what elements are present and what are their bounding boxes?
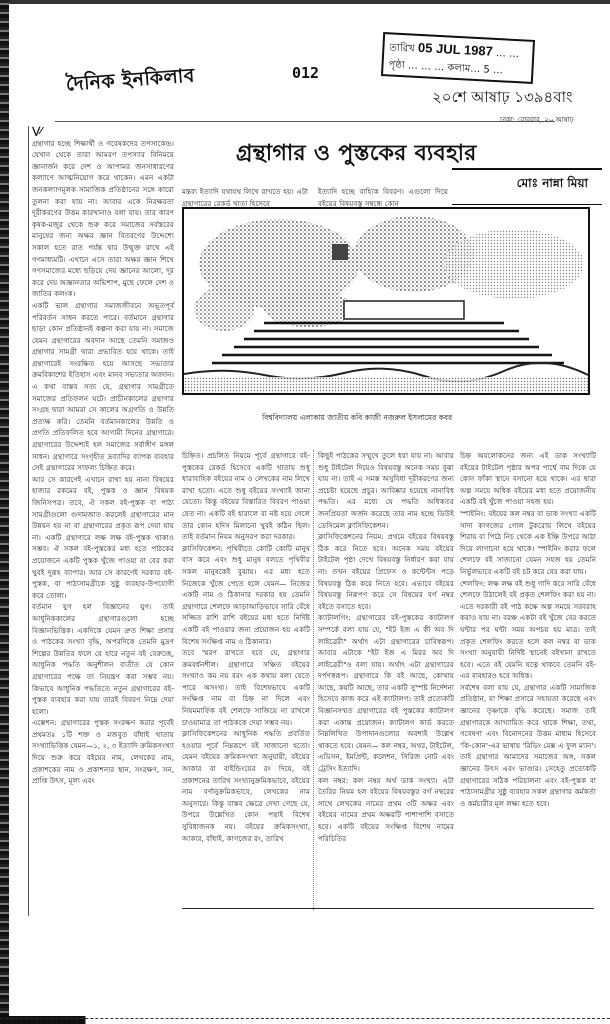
article-column-b: কিছুই পাঠকের সম্মুখে তুলে ধরা যায় না। আ… [318, 450, 454, 910]
paragraph: কল নম্বর: কল নম্বর অর্থ ডাক সংখ্যা। এটা … [318, 775, 454, 845]
article-photo [182, 207, 590, 395]
paragraph: আর সে কারণেই এখানে রাখা হয় নানা বিষয়ের… [32, 474, 174, 602]
intro-text-b: ইত্যাদি হচ্ছে বাহ্যিক বিবরণ। এগুলো দিয়ে… [318, 186, 448, 209]
stamp-column-value: 5 [483, 64, 490, 75]
paragraph: একটি ভাল গ্রন্থাগার সমাজজীবনে অভূতপূর্ব … [32, 300, 174, 474]
paragraph: শেলফিং: লক্ষ লক্ষ বই শুধু গাদি করে সারি … [460, 578, 596, 682]
photo-caption: বিশ্ববিদ্যালয় এলাকায় জাতীয় কবি কাজী ন… [262, 413, 452, 425]
byline-box: মোঃ নান্না মিয়া [452, 168, 602, 205]
dateline: ঢাকা: রোববার, ২০ আষাঢ় [500, 114, 574, 126]
paragraph: বর্তমান যুগ হল বিজ্ঞানের যুগ। তাই আধুনিক… [32, 601, 174, 717]
handwritten-date: ২০শে আষাঢ় ১৩৯৪বাং [432, 86, 572, 111]
scan-top-edge [0, 0, 610, 4]
stamp-column-label: কলাম [447, 62, 470, 74]
article-column-a: চিহ্নিত। প্রচলিত নিয়মে পূর্বে গ্রন্থাগা… [182, 450, 310, 910]
paragraph: ক্যাটালগিং: গ্রন্থাগারের বই-পুস্তকের ক্য… [318, 612, 454, 774]
newspaper-masthead: দৈনিক ইনকিলাব [65, 62, 196, 103]
intro-text-a: মন্তব্য ইত্যাদি যথাযথ লিখে রাখতে হয়। এট… [182, 186, 308, 209]
paragraph: এক্সেশন: গ্রন্থাগারের পুস্তক সংরক্ষণ করা… [32, 717, 174, 787]
paragraph: স্পাইনিং: বইয়ের কল নম্বর বা ডাক সংখ্যা … [460, 508, 596, 578]
stamp-page-label: পৃষ্ঠা [388, 59, 405, 71]
article-column-left: ⋁⁄ গ্রন্থাগার হচ্ছে শিক্ষার্থী ও গবেষকদে… [28, 126, 174, 916]
page-code: 012 [292, 64, 319, 82]
paragraph: সর্বশেষ বলা যায় যে, গ্রন্থাগার একটি সাম… [460, 682, 596, 810]
article-bottom-rule [182, 908, 594, 909]
archive-date-stamp: তারিখ 05 JUL 1987 … … পৃষ্ঠা … … … কলাম…… [381, 32, 535, 84]
paragraph: কিছুই পাঠকের সম্মুখে তুলে ধরা যায় না। আ… [318, 450, 454, 531]
article-column-c: চিহ্ন অবলোকনের জন্য এই ডাক সংখ্যাটি বইয়… [460, 450, 596, 910]
paragraph: ক্লাসিফিকেশনের নিয়ম: প্রথমে বইয়ের বিষয… [318, 531, 454, 612]
paragraph: ক্লাসিফিকেশনের আধুনিক পদ্ধতি প্রবর্তিত হ… [182, 728, 310, 844]
paragraph: চিহ্ন অবলোকনের জন্য এই ডাক সংখ্যাটি বইয়… [460, 450, 596, 508]
section-marker-icon: ⋁⁄ [32, 126, 42, 137]
stamp-date-label: তারিখ [389, 42, 415, 54]
scan-bottom-edge [0, 1016, 610, 1024]
paragraph: চিহ্নিত। প্রচলিত নিয়মে পূর্বে গ্রন্থাগা… [182, 450, 310, 543]
article-headline: গ্রন্থাগার ও পুস্তকের ব্যবহার [236, 136, 477, 173]
stamp-date: 05 JUL 1987 [418, 40, 494, 59]
photo-graveyard-image [184, 209, 588, 393]
scan-binding-edge [0, 0, 9, 1024]
paragraph: গ্রন্থাগার হচ্ছে শিক্ষার্থী ও গবেষকদের ত… [32, 138, 174, 300]
article-byline: মোঃ নান্না মিয়া [517, 175, 588, 195]
column-separator [313, 450, 314, 910]
paragraph: ক্লাসিফিকেশন: পৃথিবীতে কোটি কোটি মানুষ ব… [182, 543, 310, 647]
header-rule [55, 121, 555, 122]
paragraph: তবে স্মরণ রাখতে হবে যে, গ্রন্থাগার ক্রমব… [182, 647, 310, 728]
